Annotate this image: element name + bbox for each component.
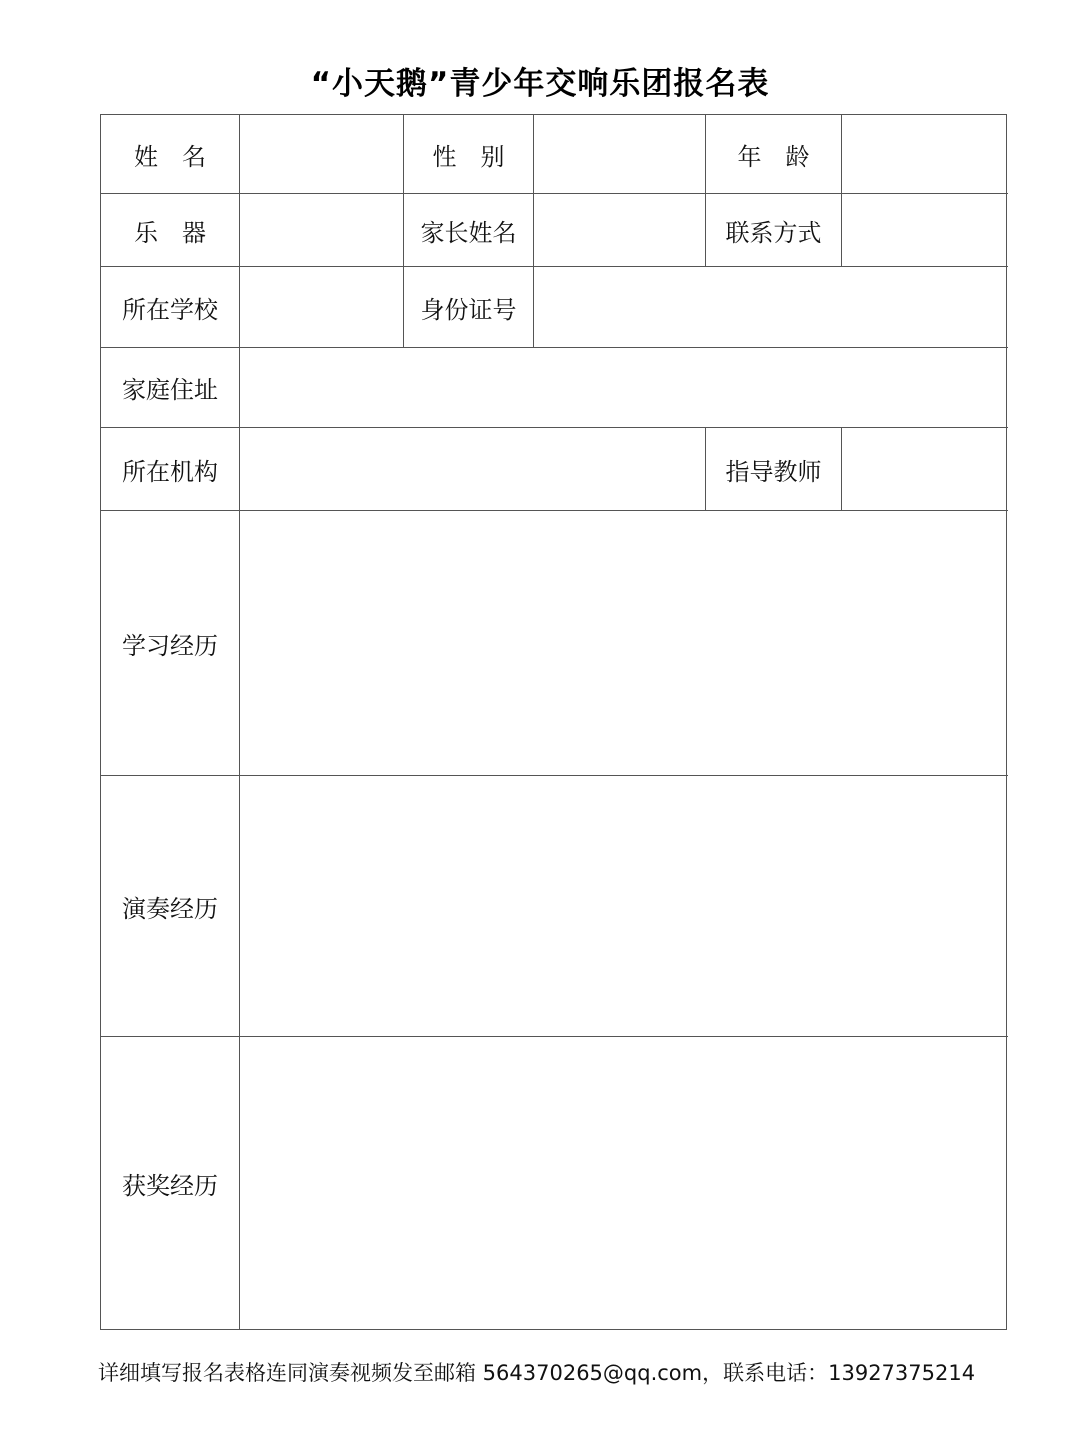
age-field[interactable] <box>842 115 1006 193</box>
study-history-label: 学习经历 <box>122 626 218 661</box>
institution-field[interactable] <box>240 428 705 510</box>
institution-label: 所在机构 <box>122 452 218 487</box>
address-field[interactable] <box>240 348 1006 427</box>
parent-name-label: 家长姓名 <box>421 213 517 248</box>
page-title: “小天鹅”青少年交响乐团报名表 <box>0 58 1080 103</box>
teacher-label-cell: 指导教师 <box>706 428 841 510</box>
study-history-label-cell: 学习经历 <box>101 511 239 775</box>
parent-name-label-cell: 家长姓名 <box>404 194 533 266</box>
award-history-label-cell: 获奖经历 <box>101 1037 239 1329</box>
age-label-cell: 年 龄 <box>706 115 841 193</box>
performance-history-label-cell: 演奏经历 <box>101 776 239 1036</box>
parent-name-field[interactable] <box>534 194 705 266</box>
instrument-field[interactable] <box>240 194 403 266</box>
gender-label-cell: 性 别 <box>404 115 533 193</box>
instrument-label-cell: 乐 器 <box>101 194 239 266</box>
study-history-field[interactable] <box>240 511 1006 775</box>
teacher-label: 指导教师 <box>726 452 822 487</box>
contact-field[interactable] <box>842 194 1006 266</box>
age-label: 年 龄 <box>738 137 810 172</box>
address-label-cell: 家庭住址 <box>101 348 239 427</box>
teacher-field[interactable] <box>842 428 1006 510</box>
id-number-label: 身份证号 <box>421 290 517 325</box>
contact-label-cell: 联系方式 <box>706 194 841 266</box>
address-label: 家庭住址 <box>122 370 218 405</box>
school-label-cell: 所在学校 <box>101 267 239 347</box>
performance-history-field[interactable] <box>240 776 1006 1036</box>
performance-history-label: 演奏经历 <box>122 889 218 924</box>
name-field[interactable] <box>240 115 403 193</box>
name-label: 姓 名 <box>134 137 206 172</box>
submission-instructions: 详细填写报名表格连同演奏视频发至邮箱 564370265@qq.com，联系电话… <box>98 1357 975 1387</box>
award-history-field[interactable] <box>240 1037 1006 1329</box>
gender-label: 性 别 <box>433 137 505 172</box>
institution-label-cell: 所在机构 <box>101 428 239 510</box>
gender-field[interactable] <box>534 115 705 193</box>
registration-form-table: 姓 名 性 别 年 龄 乐 器 家长姓名 联系方式 所在学校 身份证号 家庭住址… <box>100 114 1007 1330</box>
contact-label: 联系方式 <box>726 213 822 248</box>
id-number-field[interactable] <box>534 267 1006 347</box>
instrument-label: 乐 器 <box>134 213 206 248</box>
school-field[interactable] <box>240 267 403 347</box>
name-label-cell: 姓 名 <box>101 115 239 193</box>
award-history-label: 获奖经历 <box>122 1166 218 1201</box>
school-label: 所在学校 <box>122 290 218 325</box>
id-number-label-cell: 身份证号 <box>404 267 533 347</box>
